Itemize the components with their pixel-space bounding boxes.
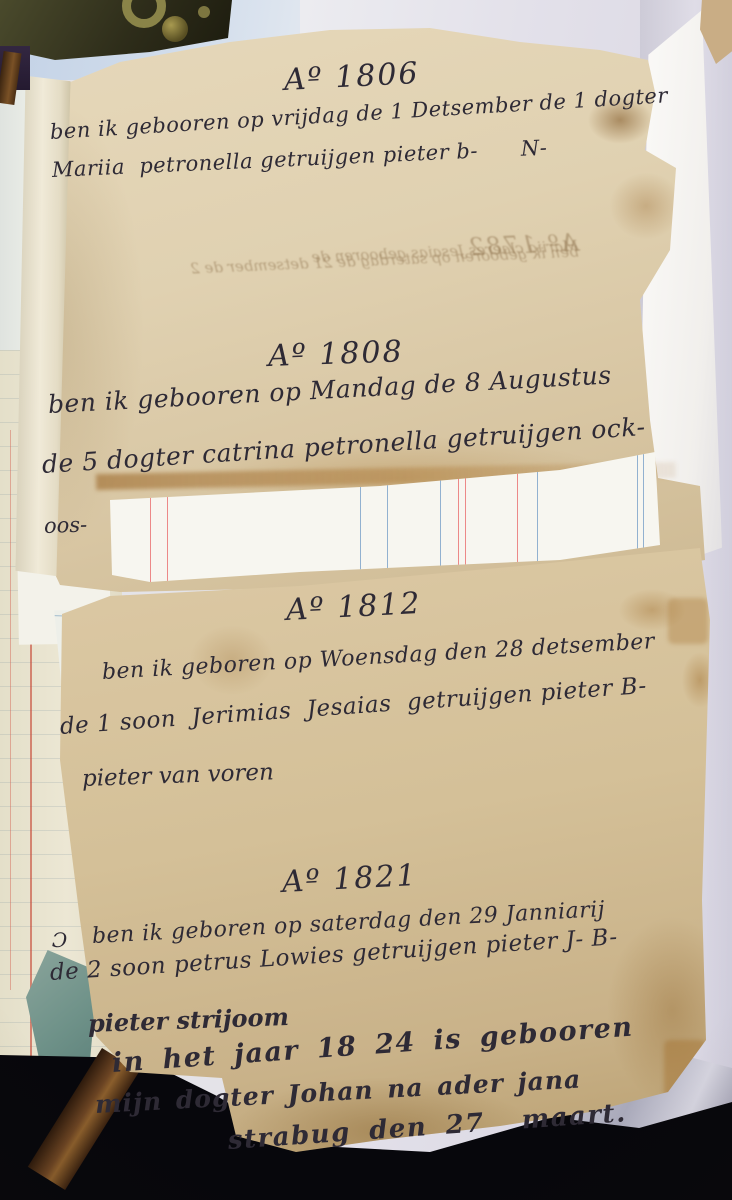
clasp-metal-plate — [0, 0, 232, 62]
entry-1821-prefix-mark: Ɔ — [52, 930, 67, 950]
entry-1812-header: Aº 1812 — [285, 589, 422, 626]
entry-1808-line: oos- — [44, 514, 88, 536]
book-clasp — [0, 0, 236, 100]
tape-stain — [668, 598, 708, 644]
entry-1821-header: Aº 1821 — [281, 861, 418, 898]
entry-1821-line: pieter strijoom — [88, 1005, 290, 1036]
rivet-icon — [162, 16, 188, 42]
entry-1806-header: Aº 1806 — [283, 59, 420, 96]
rivet-icon — [198, 6, 210, 18]
entry-1808-header: Aº 1808 — [267, 337, 404, 372]
bleed-through-text: Aº 1782 ben ik gebooren op saterdag de 2… — [148, 229, 582, 348]
photographed-register-page: Aº 1782 ben ik gebooren op saterdag de 2… — [0, 0, 732, 1200]
ledger-margin-line — [10, 430, 11, 990]
